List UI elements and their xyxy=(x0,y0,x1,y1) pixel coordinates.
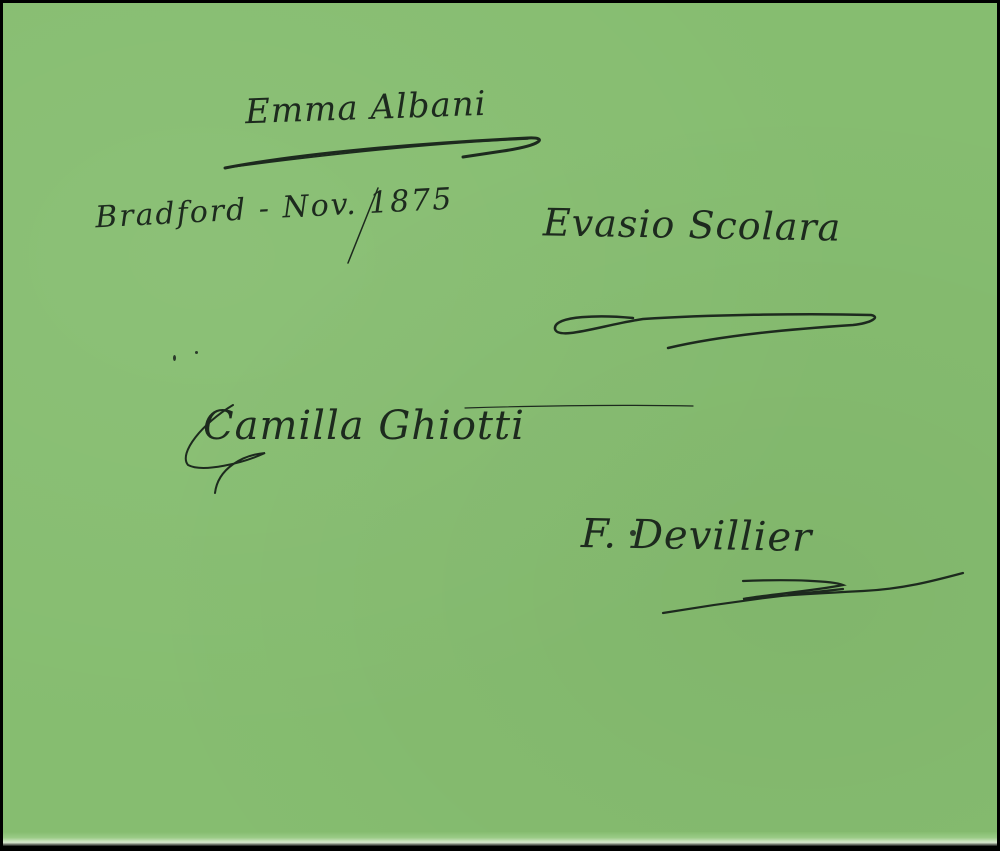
ink-speck xyxy=(173,355,176,361)
torn-bottom-edge xyxy=(3,832,997,846)
signature-evasio-scolara: Evasio Scolara xyxy=(543,200,842,249)
signature-camilla-ghiotti: Camilla Ghiotti xyxy=(203,403,525,449)
place-date-inscription: Bradford - Nov. 1875 xyxy=(94,182,454,236)
ink-dot xyxy=(630,530,636,536)
signature-f-devillier: F. Devillier xyxy=(581,511,813,561)
albani-underline-flourish xyxy=(225,138,539,168)
devillier-underline-flourish xyxy=(663,573,963,613)
ink-speck xyxy=(195,351,198,354)
album-page: Emma Albani Bradford - Nov. 1875 Evasio … xyxy=(3,3,997,846)
scolara-underline-flourish xyxy=(555,314,875,348)
signature-emma-albani: Emma Albani xyxy=(244,84,487,132)
